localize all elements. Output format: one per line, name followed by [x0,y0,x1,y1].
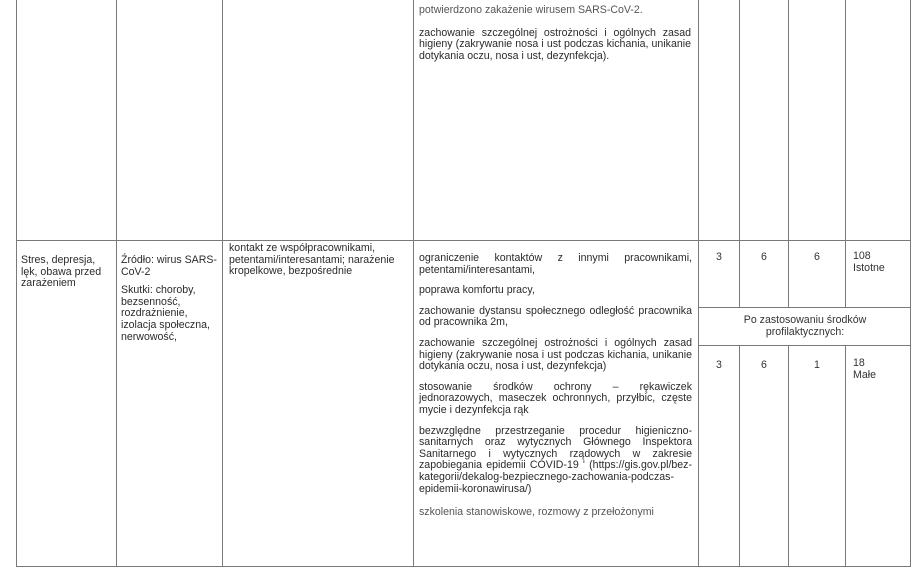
measure-item: poprawa komfortu pracy, [419,285,692,297]
measure-item: ograniczenie kontaktów z innymi pracowni… [419,253,692,276]
risk-after-score: 18 [853,357,909,369]
table-border-right [910,0,911,567]
column-divider [222,0,223,567]
risk-before-value-2: 6 [740,251,788,263]
document-page: potwierdzono zakażenie wirusem SARS-CoV-… [0,0,918,571]
risk-after-value-3: 1 [789,359,845,371]
measure-text: zachowanie szczególnej ostrożności i ogó… [419,28,691,63]
column-divider [845,345,846,567]
column-divider [413,0,414,567]
exposure-text: kontakt ze współpracownikami, petentami/… [229,242,394,277]
risk-after-level: Małe [853,369,909,381]
risk-before-result: 108 Istotne [853,250,909,274]
risk-after-result: 18 Małe [853,357,909,381]
measures-cell: ograniczenie kontaktów z innymi pracowni… [419,253,692,519]
row-divider [698,345,911,346]
measure-text: potwierdzono zakażenie wirusem SARS-CoV-… [419,5,691,17]
table-border-left [16,0,17,567]
column-divider [739,345,740,567]
risk-before-value-1: 3 [699,251,739,263]
measure-item: szkolenia stanowiskowe, rozmowy z przeło… [419,507,692,519]
hazard-cell: Stres, depresja, lęk, obawa przed zaraże… [21,255,113,290]
top-row-measures: potwierdzono zakażenie wirusem SARS-CoV-… [419,5,691,62]
column-divider [698,0,699,567]
column-divider [116,0,117,567]
row-divider [16,240,911,241]
effects-text: Skutki: choroby, bezsenność, rozdrażnien… [121,285,221,343]
column-divider [788,345,789,567]
measure-item: bezwzględne przestrzeganie procedur higi… [419,426,692,496]
table-border-bottom [16,566,911,567]
after-measures-header: Po zastosowaniu środków profilaktycznych… [740,314,870,338]
source-text: Źródło: wirus SARS-CoV-2 [121,255,221,278]
measure-item: stosowanie środków ochrony – rękawiczek … [419,382,692,417]
risk-before-score: 108 [853,250,909,262]
source-cell: Źródło: wirus SARS-CoV-2 Skutki: choroby… [121,255,221,343]
risk-after-value-1: 3 [699,359,739,371]
risk-before-level: Istotne [853,262,909,274]
row-divider [698,307,911,308]
risk-after-value-2: 6 [740,359,788,371]
hazard-text: Stres, depresja, lęk, obawa przed zaraże… [21,254,101,289]
measure-item: zachowanie dystansu społecznego odległoś… [419,306,692,329]
column-divider [845,0,846,307]
exposure-cell: kontakt ze współpracownikami, petentami/… [229,243,409,278]
risk-before-value-3: 6 [789,251,845,263]
measure-item: zachowanie szczególnej ostrożności i ogó… [419,338,692,373]
